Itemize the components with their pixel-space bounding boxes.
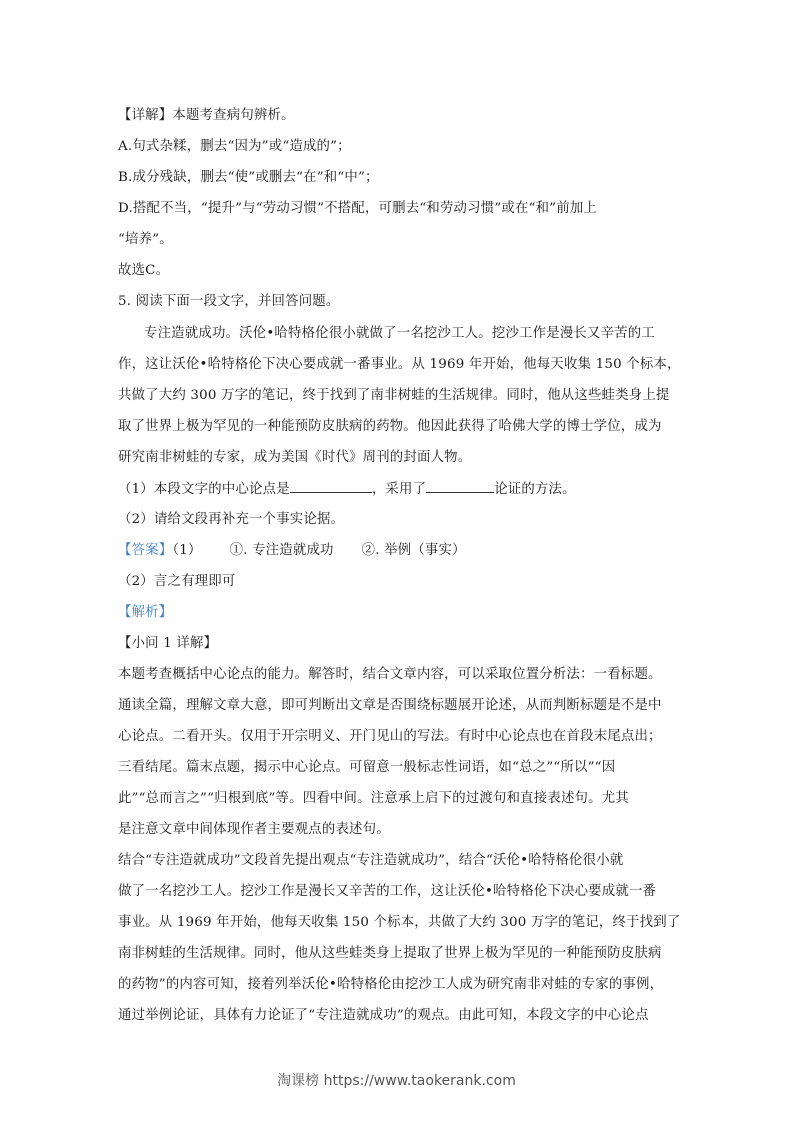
answer-line-1: 【答案】（1）①. 专注造就成功②. 举例（事实） [118,542,466,560]
passage-line: 研究南非树蛙的专家，成为美国《时代》周刊的封面人物。 [118,449,471,467]
detail-header: 【详解】本题考查病句辨析。 [118,107,295,125]
passage-line: 共做了大约 300 万字的笔记，终于找到了南非树蛙的生活规律。同时，他从这些蛙类… [118,387,670,405]
analysis-line: 的药物”的内容可知，接着列举沃伦•哈特格伦由挖沙工人成为研究南非对蛙的专家的事例… [118,976,663,994]
analysis-line: 结合“专注造就成功”文段首先提出观点“专注造就成功”，结合“沃伦•哈特格伦很小就 [118,852,623,870]
passage-line: 取了世界上极为罕见的一种能预防皮肤病的药物。他因此获得了哈佛大学的博士学位，成为 [118,418,662,436]
analysis-line: 本题考查概括中心论点的能力。解答时，结合文章内容，可以采取位置分析法：一看标题。 [118,666,662,684]
answer-item-2: ②. 举例（事实） [362,543,466,558]
analysis-line: 南非树蛙的生活规律。同时，他从这些蛙类身上提取了世界上极为罕见的一种能预防皮肤病 [118,945,662,963]
analysis-sub-header: 【小问 1 详解】 [118,635,217,653]
analysis-line: 心论点。二看开头。仅用于开宗明义、开门见山的写法。有时中心论点也在首段末尾点出； [118,728,662,746]
option-d-explanation-line2: “培养”。 [118,231,173,249]
sub-question-1-text: （1）本段文字的中心论点是 [118,482,290,497]
analysis-line: 是注意文章中间体现作者主要观点的表述句。 [118,821,390,839]
analysis-line: 通读全篇，理解文章大意，即可判断出文章是否围绕标题展开论述，从而判断标题是不是中 [118,697,662,715]
answer-conclusion: 故选C。 [118,262,169,280]
analysis-line: 此”“总而言之”“归根到底”等。四看中间。注意承上启下的过渡句和直接表述句。尤其 [118,790,629,808]
analysis-line: 做了一名挖沙工人。挖沙工作是漫长又辛苦的工作，这让沃伦•哈特格伦下决心要成就一番 [118,883,656,901]
answer-part1-prefix: （1） [172,543,201,558]
passage-line: 作，这让沃伦•哈特格伦下决心要成就一番事业。从 1969 年开始，他每天收集 1… [118,356,681,374]
analysis-line: 三看结尾。篇末点题，揭示中心论点。可留意一般标志性词语，如“总之”“所以”“因 [118,759,615,777]
passage-line: 专注造就成功。沃伦•哈特格伦很小就做了一名挖沙工人。挖沙工作是漫长又辛苦的工 [144,325,655,343]
analysis-line: 通过举例论证，具体有力论证了“专注造就成功”的观点。由此可知，本段文字的中心论点 [118,1007,649,1025]
sub-question-1: （1）本段文字的中心论点是，采用了论证的方法。 [118,480,576,499]
sub-question-1-text-mid: ，采用了 [372,482,426,497]
option-d-explanation-line1: D.搭配不当，“提升”与“劳动习惯”不搭配，可删去“和劳动习惯”或在“和”前加上 [118,200,597,218]
sub-question-1-text-end: 论证的方法。 [494,482,576,497]
answer-blank-2 [426,480,494,493]
answer-blank-1 [290,480,372,493]
document-page: 【详解】本题考查病句辨析。 A.句式杂糅，删去“因为”或“造成的”； B.成分残… [0,0,793,1122]
answer-line-2: （2）言之有理即可 [118,573,235,591]
option-b-explanation: B.成分残缺，删去“使”或删去“在”和“中”； [118,169,379,187]
question-5-prompt: 5. 阅读下面一段文字，并回答问题。 [118,293,340,311]
option-a-explanation: A.句式杂糅，删去“因为”或“造成的”； [118,138,351,156]
analysis-line: 事业。从 1969 年开始，他每天收集 150 个标本，共做了大约 300 万字… [118,914,680,932]
footer-watermark: 淘课榜 https://www.taokerank.com [0,1070,793,1090]
answer-label: 【答案】 [118,543,172,558]
analysis-label: 【解析】 [118,604,172,622]
answer-item-1: ①. 专注造就成功 [230,543,334,558]
sub-question-2: （2）请给文段再补充一个事实论据。 [118,511,344,529]
